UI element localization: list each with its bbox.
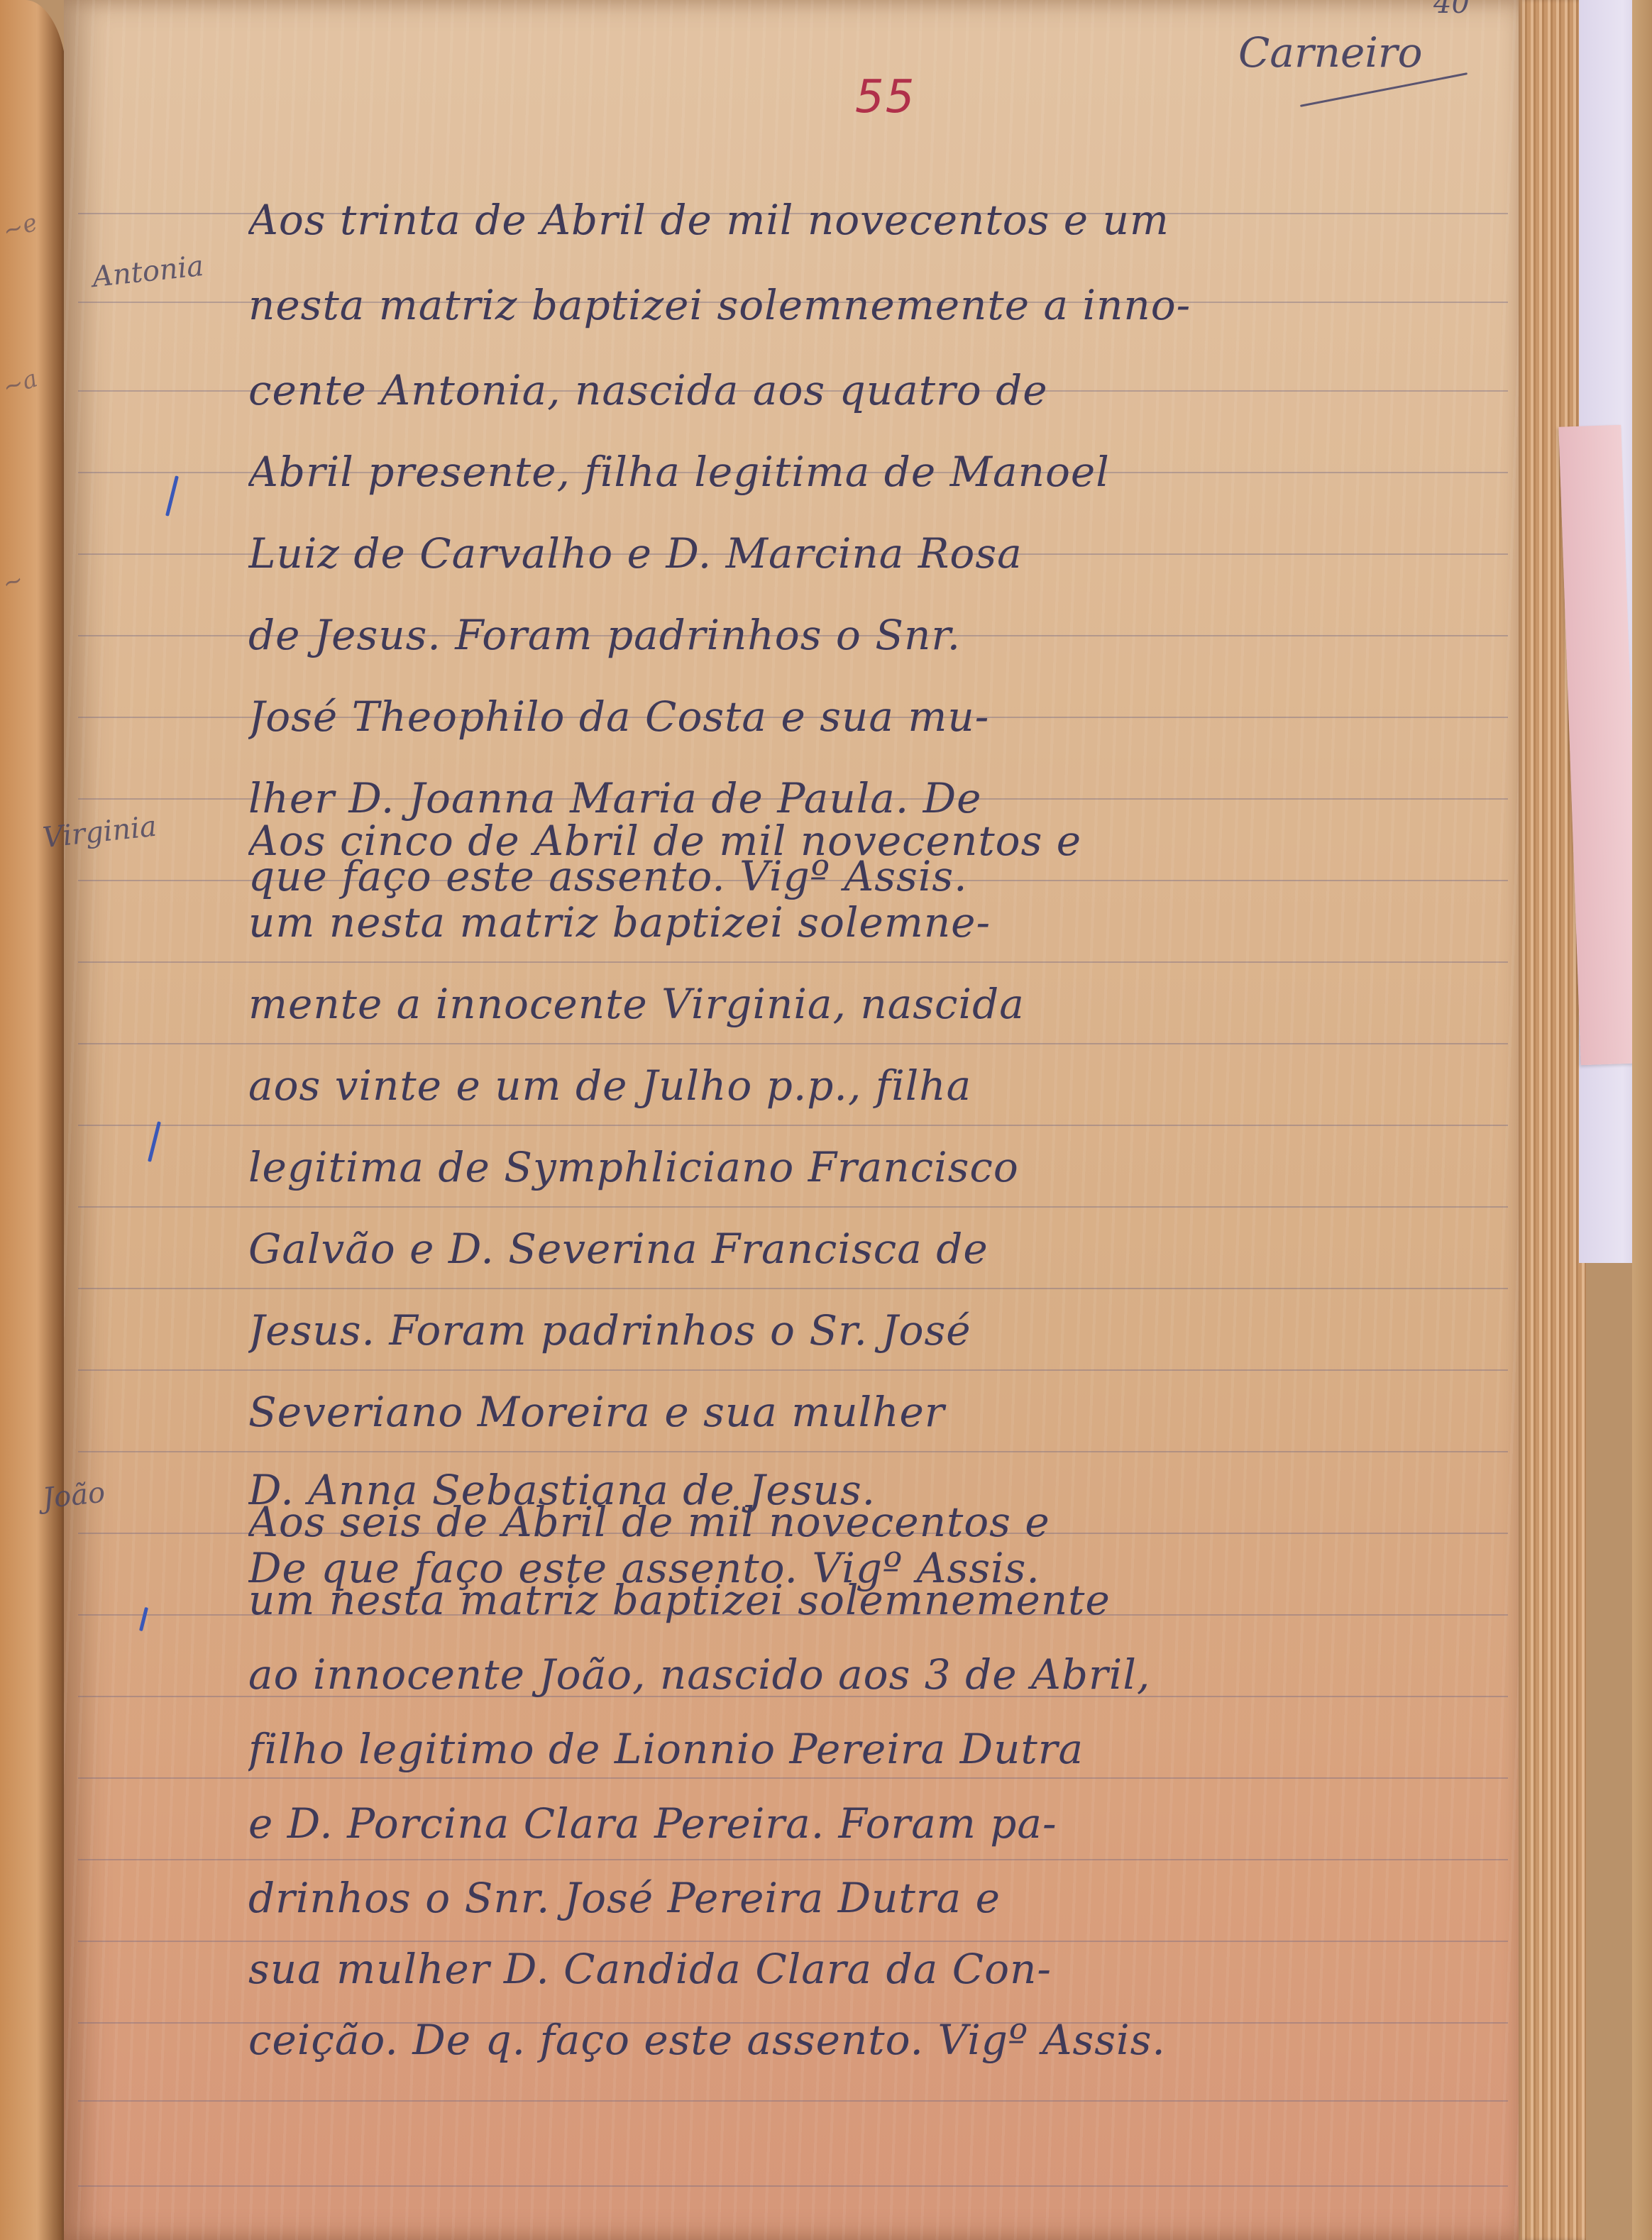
entry-line: Aos trinta de Abril de mil novecentos e …: [248, 181, 1519, 259]
entry-line: Galvão e D. Severina Francisca de: [248, 1210, 1519, 1288]
entry-line: legitima de Symphliciano Francisco: [248, 1128, 1519, 1206]
folio-number: 55: [855, 71, 915, 123]
ruled-line: [78, 1125, 1508, 1126]
entry-line: e D. Porcina Clara Pereira. Foram pa-: [248, 1784, 1519, 1863]
facing-page-handwriting: ~: [0, 565, 27, 599]
facing-page-edge: ~e ~a ~: [0, 0, 67, 2240]
entry-line: ceição. De q. faço este assento. Vigº As…: [248, 2001, 1519, 2079]
facing-page-handwriting: ~e: [0, 208, 41, 245]
entry-line: aos vinte e um de Julho p.p., filha: [248, 1047, 1519, 1125]
entry-line: cente Antonia, nascida aos quatro de: [248, 351, 1519, 429]
entry-line: um nesta matriz baptizei solemnemente: [248, 1561, 1519, 1639]
margin-name-entry-3: João: [41, 1477, 106, 1516]
entry-line: Aos seis de Abril de mil novecentos e: [248, 1483, 1519, 1561]
entry-line: nesta matriz baptizei solemnemente a inn…: [248, 266, 1519, 344]
entry-line: Aos cinco de Abril de mil novecentos e: [248, 802, 1519, 880]
ruled-line: [78, 1206, 1508, 1208]
ruled-line: [78, 1369, 1508, 1371]
entry-line: Jesus. Foram padrinhos o Sr. José: [248, 1291, 1519, 1369]
entry-line: sua mulher D. Candida Clara da Con-: [248, 1930, 1519, 2008]
background-surface: [1632, 0, 1652, 2240]
entry-line: mente a innocente Virginia, nascida: [248, 965, 1519, 1043]
entry-line: Severiano Moreira e sua mulher: [248, 1373, 1519, 1451]
entry-line: José Theophilo da Costa e sua mu-: [248, 678, 1519, 756]
page-stack-edge: [1519, 0, 1586, 2240]
corner-number: 40: [1433, 0, 1470, 20]
ruled-line: [78, 1043, 1508, 1044]
header-name: Carneiro: [1238, 28, 1423, 77]
ruled-line: [78, 961, 1508, 963]
ruled-line: [78, 2185, 1508, 2187]
entry-line: um nesta matriz baptizei solemne-: [248, 883, 1519, 961]
entry-line: Abril presente, filha legitima de Manoel: [248, 433, 1519, 511]
ruled-line: [78, 2100, 1508, 2102]
entry-line: drinhos o Snr. José Pereira Dutra e: [248, 1859, 1519, 1937]
entry-line: ao innocente João, nascido aos 3 de Abri…: [248, 1635, 1519, 1714]
entry-line: filho legitimo de Lionnio Pereira Dutra: [248, 1710, 1519, 1788]
ruled-line: [78, 1288, 1508, 1289]
facing-page-handwriting: ~a: [0, 364, 41, 402]
entry-line: Luiz de Carvalho e D. Marcina Rosa: [248, 514, 1519, 592]
entry-line: de Jesus. Foram padrinhos o Snr.: [248, 596, 1519, 674]
